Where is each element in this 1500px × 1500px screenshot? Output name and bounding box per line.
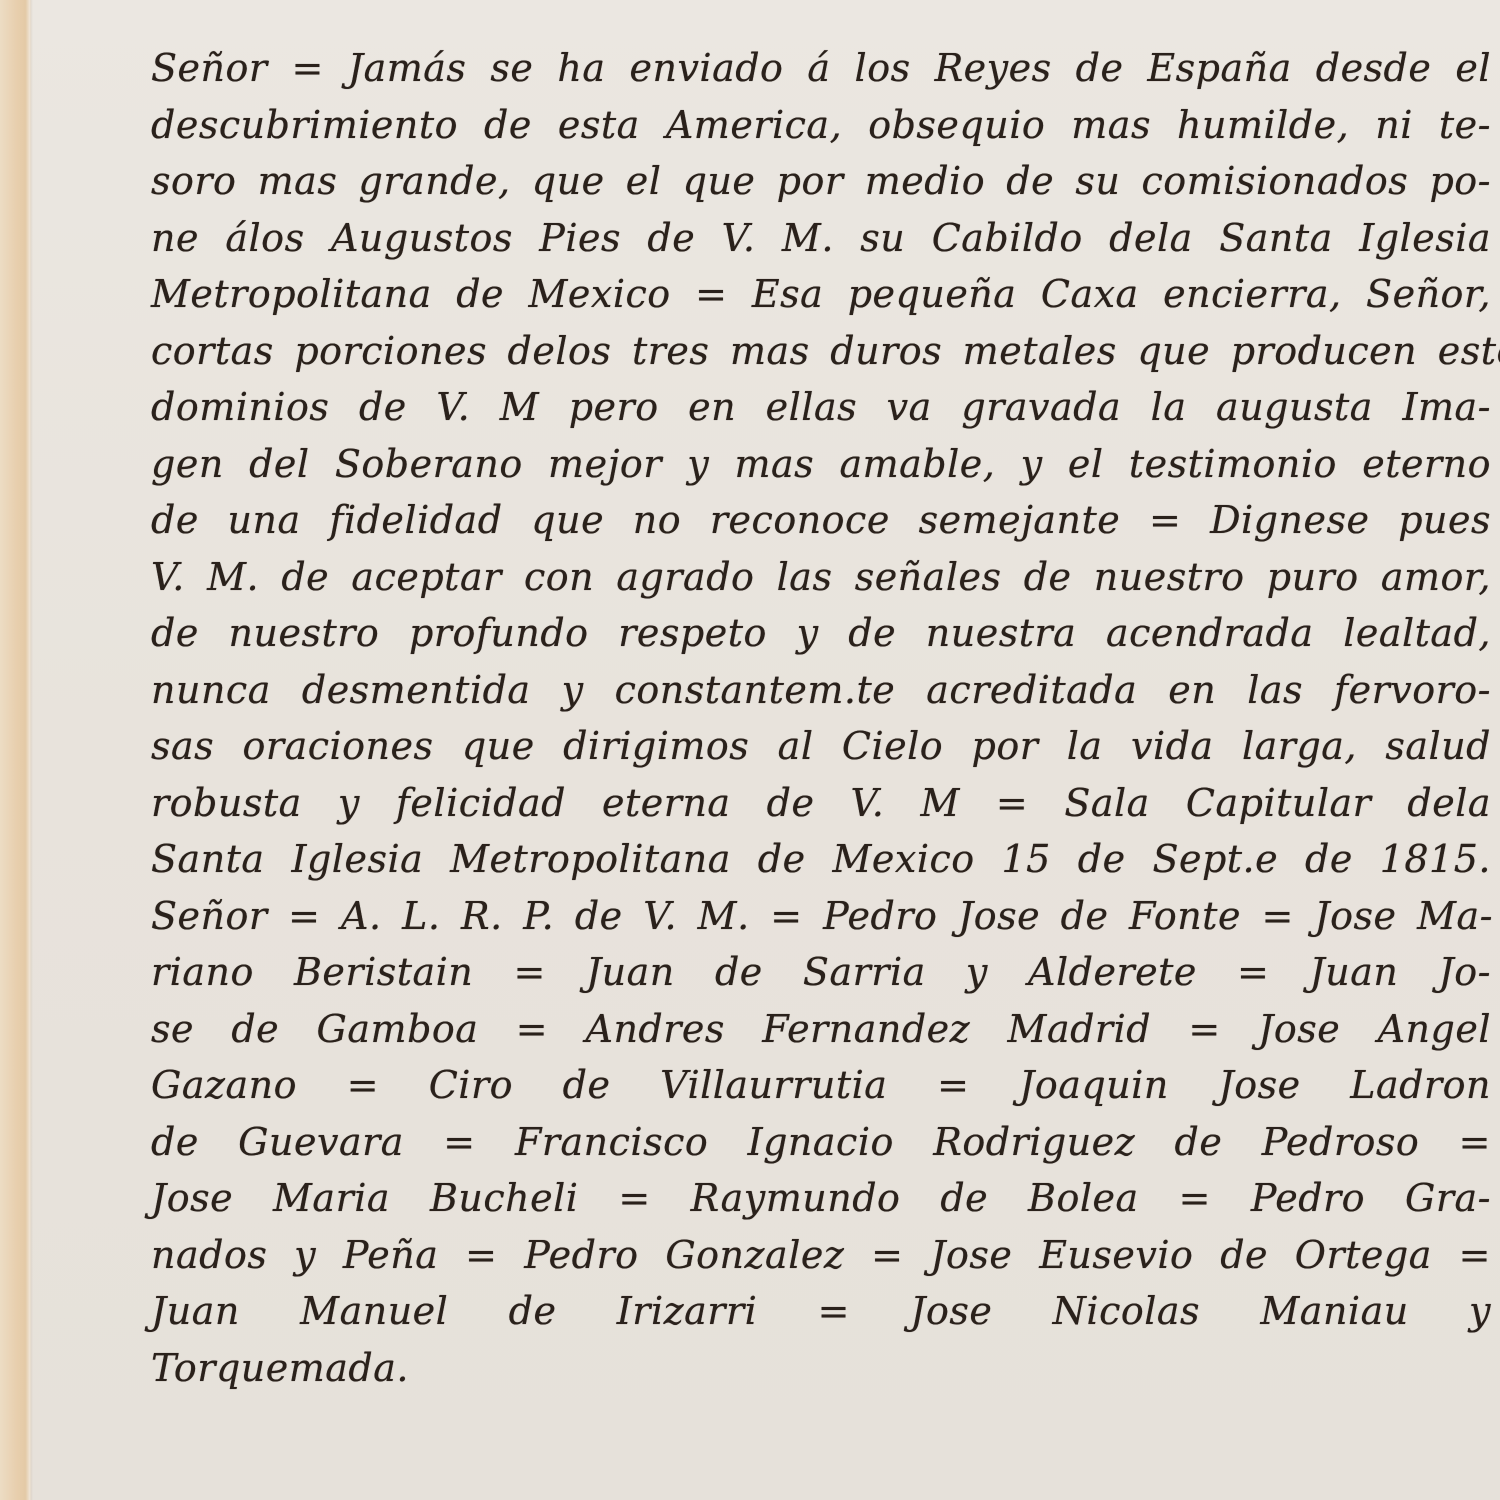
manuscript-line: sas oraciones que dirigimos al Cielo por… — [151, 718, 1491, 775]
signature-line: Señor = A. L. R. P. de V. M. = Pedro Jos… — [151, 888, 1491, 945]
manuscript-line: ne álos Augustos Pies de V. M. su Cabild… — [151, 210, 1491, 267]
date-line: Santa Iglesia Metropolitana de Mexico 15… — [151, 831, 1491, 888]
signature-line: Jose Maria Bucheli = Raymundo de Bolea =… — [151, 1170, 1491, 1227]
manuscript-line: de nuestro profundo respeto y de nuestra… — [151, 605, 1491, 662]
signature-line: Gazano = Ciro de Villaurrutia = Joaquin … — [151, 1057, 1491, 1114]
signature-line: Juan Manuel de Irizarri = Jose Nicolas M… — [151, 1283, 1491, 1340]
manuscript-line: soro mas grande, que el que por medio de… — [151, 153, 1491, 210]
manuscript-line: robusta y felicidad eterna de V. M = Sal… — [151, 775, 1491, 832]
manuscript-line: descubrimiento de esta America, obsequio… — [151, 97, 1491, 154]
signature-line: riano Beristain = Juan de Sarria y Alder… — [151, 944, 1491, 1001]
manuscript-line: de una fidelidad que no reconoce semejan… — [151, 492, 1491, 549]
signature-line-final: Torquemada. — [151, 1340, 1491, 1397]
manuscript-body: Señor = Jamás se ha enviado á los Reyes … — [151, 40, 1491, 1396]
manuscript-line: cortas porciones delos tres mas duros me… — [151, 323, 1491, 380]
signature-line: nados y Peña = Pedro Gonzalez = Jose Eus… — [151, 1227, 1491, 1284]
manuscript-line: Metropolitana de Mexico = Esa pequeña Ca… — [151, 266, 1491, 323]
signature-line: se de Gamboa = Andres Fernandez Madrid =… — [151, 1001, 1491, 1058]
manuscript-line: nunca desmentida y constantem.te acredit… — [151, 662, 1491, 719]
document-scan: Señor = Jamás se ha enviado á los Reyes … — [0, 0, 1500, 1500]
manuscript-page: Señor = Jamás se ha enviado á los Reyes … — [31, 0, 1500, 1500]
manuscript-line: V. M. de aceptar con agrado las señales … — [151, 549, 1491, 606]
page-edge — [0, 0, 31, 1500]
manuscript-line: dominios de V. M pero en ellas va gravad… — [151, 379, 1491, 436]
manuscript-line: Señor = Jamás se ha enviado á los Reyes … — [151, 40, 1491, 97]
manuscript-line: gen del Soberano mejor y mas amable, y e… — [151, 436, 1491, 493]
signature-line: de Guevara = Francisco Ignacio Rodriguez… — [151, 1114, 1491, 1171]
